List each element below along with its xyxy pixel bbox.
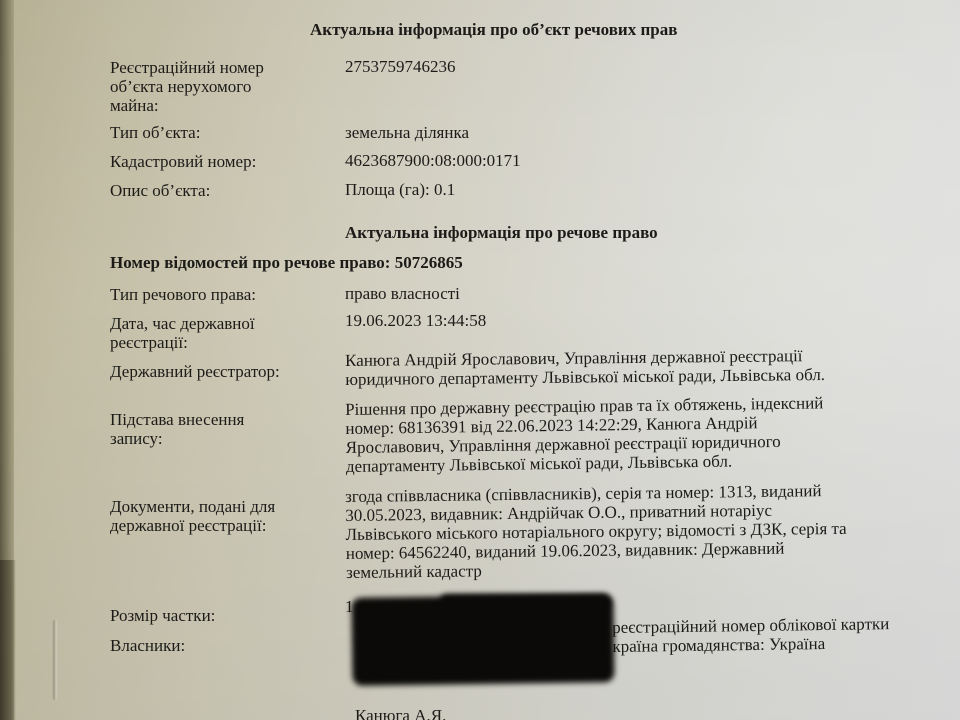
right-number: Номер відомостей про речове право: 50726… [110,253,463,273]
label-line: Документи, подані для [110,497,315,516]
label-line: державної реєстрації: [110,516,315,535]
value-basis: Рішення про державну реєстрацію прав та … [345,392,926,476]
label-share-size: Розмір частки: [110,606,315,625]
redaction-blackout-top [440,594,610,608]
page-edge-shadow-lower [0,560,16,720]
label-right-type: Тип речового права: [110,285,315,304]
value-registration-date: 19.06.2023 13:44:58 [345,311,925,330]
value-owners: реєстраційний номер облікової картки кра… [612,613,942,656]
value-line: країна громадянства: Україна [612,632,942,656]
label-line: об’єкта нерухомого [110,77,315,96]
label-basis: Підстава внесення запису: [110,410,315,448]
value-object-description: Площа (га): 0.1 [345,180,925,199]
label-cadastral-number: Кадастровий номер: [110,152,315,171]
section-title-right: Актуальна інформація про речове право [345,223,658,243]
section-title-object: Актуальна інформація про об’єкт речових … [310,20,677,40]
label-line: Реєстраційний номер [110,58,315,77]
value-reg-number: 2753759746236 [345,57,925,76]
label-documents: Документи, подані для державної реєстрац… [110,497,315,535]
value-object-type: земельна ділянка [345,123,925,142]
value-registrar: Канюга Андрій Ярославович, Управління де… [345,345,925,389]
label-registration-date: Дата, час державної реєстрації: [110,314,315,352]
label-line: майна: [110,96,315,115]
label-object-description: Опис об’єкта: [110,181,315,200]
label-line: реєстрації: [110,333,315,352]
label-reg-number: Реєстраційний номер об’єкта нерухомого м… [110,58,315,115]
label-object-type: Тип об’єкта: [110,123,315,142]
value-cadastral-number: 4623687900:08:000:0171 [345,151,925,170]
paper-crease [52,620,58,700]
value-right-type: право власності [345,284,925,303]
label-line: запису: [110,429,315,448]
label-line: Дата, час державної [110,314,315,333]
value-documents: згода співвласника (співвласників), сері… [345,480,926,582]
label-registrar: Державний реєстратор: [110,362,315,381]
label-line: Підстава внесення [110,410,315,429]
footer-cut-text: Канюга А.Я. [355,706,446,720]
label-owners: Власники: [110,636,315,655]
